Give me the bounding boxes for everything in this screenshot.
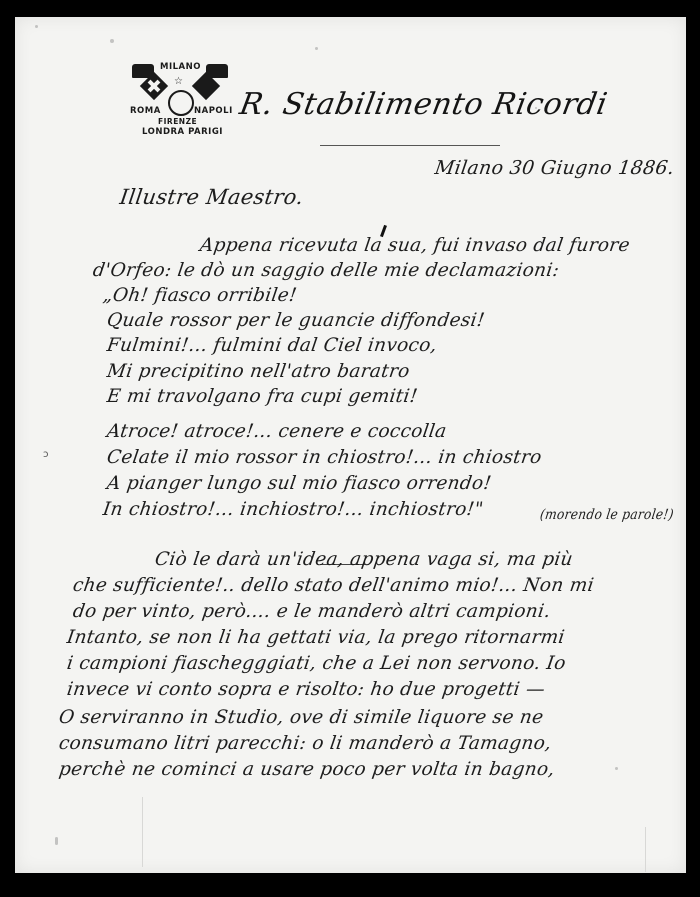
paper-crease [142, 797, 143, 867]
paper-speck [55, 837, 58, 845]
date-line: Milano 30 Giugno 1886. [433, 157, 675, 179]
verse-line: Atroce! atroce!... cenere e coccolla [106, 421, 448, 442]
city-roma: ROMA [130, 106, 161, 116]
salutation: Illustre Maestro. [118, 185, 305, 209]
letterhead-rule [320, 145, 500, 146]
letter-page: MILANO ☆ ROMA NAPOLI FIRENZE LONDRA PARI… [15, 17, 686, 873]
verse-line: „Oh! fiasco orribile! [102, 285, 299, 306]
verse-line: Celate il mio rossor in chiostro!... in … [106, 447, 544, 468]
verse-line: A pianger lungo sul mio fiasco orrendo! [106, 473, 493, 494]
verse-line: Mi precipitino nell'atro baratro [106, 361, 412, 382]
paper-speck [315, 47, 318, 50]
paper-speck [110, 39, 114, 43]
paper-speck [35, 25, 38, 28]
margin-mark: ɔ [43, 449, 49, 460]
star-icon: ☆ [174, 76, 183, 87]
paragraph2-line: Intanto, se non li ha gettati via, la pr… [66, 627, 567, 648]
paragraph2-line: do per vinto, però.... e le manderò altr… [72, 601, 552, 622]
city-firenze: FIRENZE [158, 117, 197, 126]
verse-line: In chiostro!... inchiostro!... inchiostr… [102, 499, 485, 520]
city-napoli: NAPOLI [194, 106, 233, 116]
verse-line: Fulmini!... fulmini dal Ciel invoco, [106, 335, 439, 356]
paragraph2-line: perchè ne cominci a usare poco per volta… [58, 759, 557, 780]
letterhead-emblem: MILANO ☆ ROMA NAPOLI FIRENZE LONDRA PARI… [130, 62, 230, 137]
paragraph2-line: i campioni fiaschegggiati, che a Lei non… [66, 653, 568, 674]
verse-line: Quale rossor per le guancie diffondesi! [106, 310, 487, 331]
paper-crease [645, 827, 646, 872]
company-name: R. Stabilimento Ricordi [237, 87, 610, 122]
verse-line: E mi travolgano fra cupi gemiti! [106, 386, 419, 407]
paragraph2-line: Ciò le darà un'idea, appena vaga si, ma … [154, 549, 575, 570]
paragraph1-line: d'Orfeo: le dò un saggio delle mie decla… [92, 260, 561, 281]
city-milano: MILANO [160, 62, 201, 72]
paragraph1-line: Appena ricevuta la sua, fui invaso dal f… [199, 235, 632, 256]
paragraph2-line: che sufficiente!.. dello stato dell'anim… [72, 575, 596, 596]
paragraph2-line: consumano litri parecchi: o li manderò a… [58, 733, 553, 754]
paper-speck [615, 767, 618, 770]
paragraph2-line: invece vi conto sopra e risolto: ho due … [66, 679, 547, 700]
paragraph2-line: O serviranno in Studio, ove di simile li… [58, 707, 545, 728]
medallion-icon [168, 90, 194, 116]
city-londra-parigi: LONDRA PARIGI [142, 127, 223, 137]
stage-direction: (morendo le parole!) [539, 507, 675, 523]
